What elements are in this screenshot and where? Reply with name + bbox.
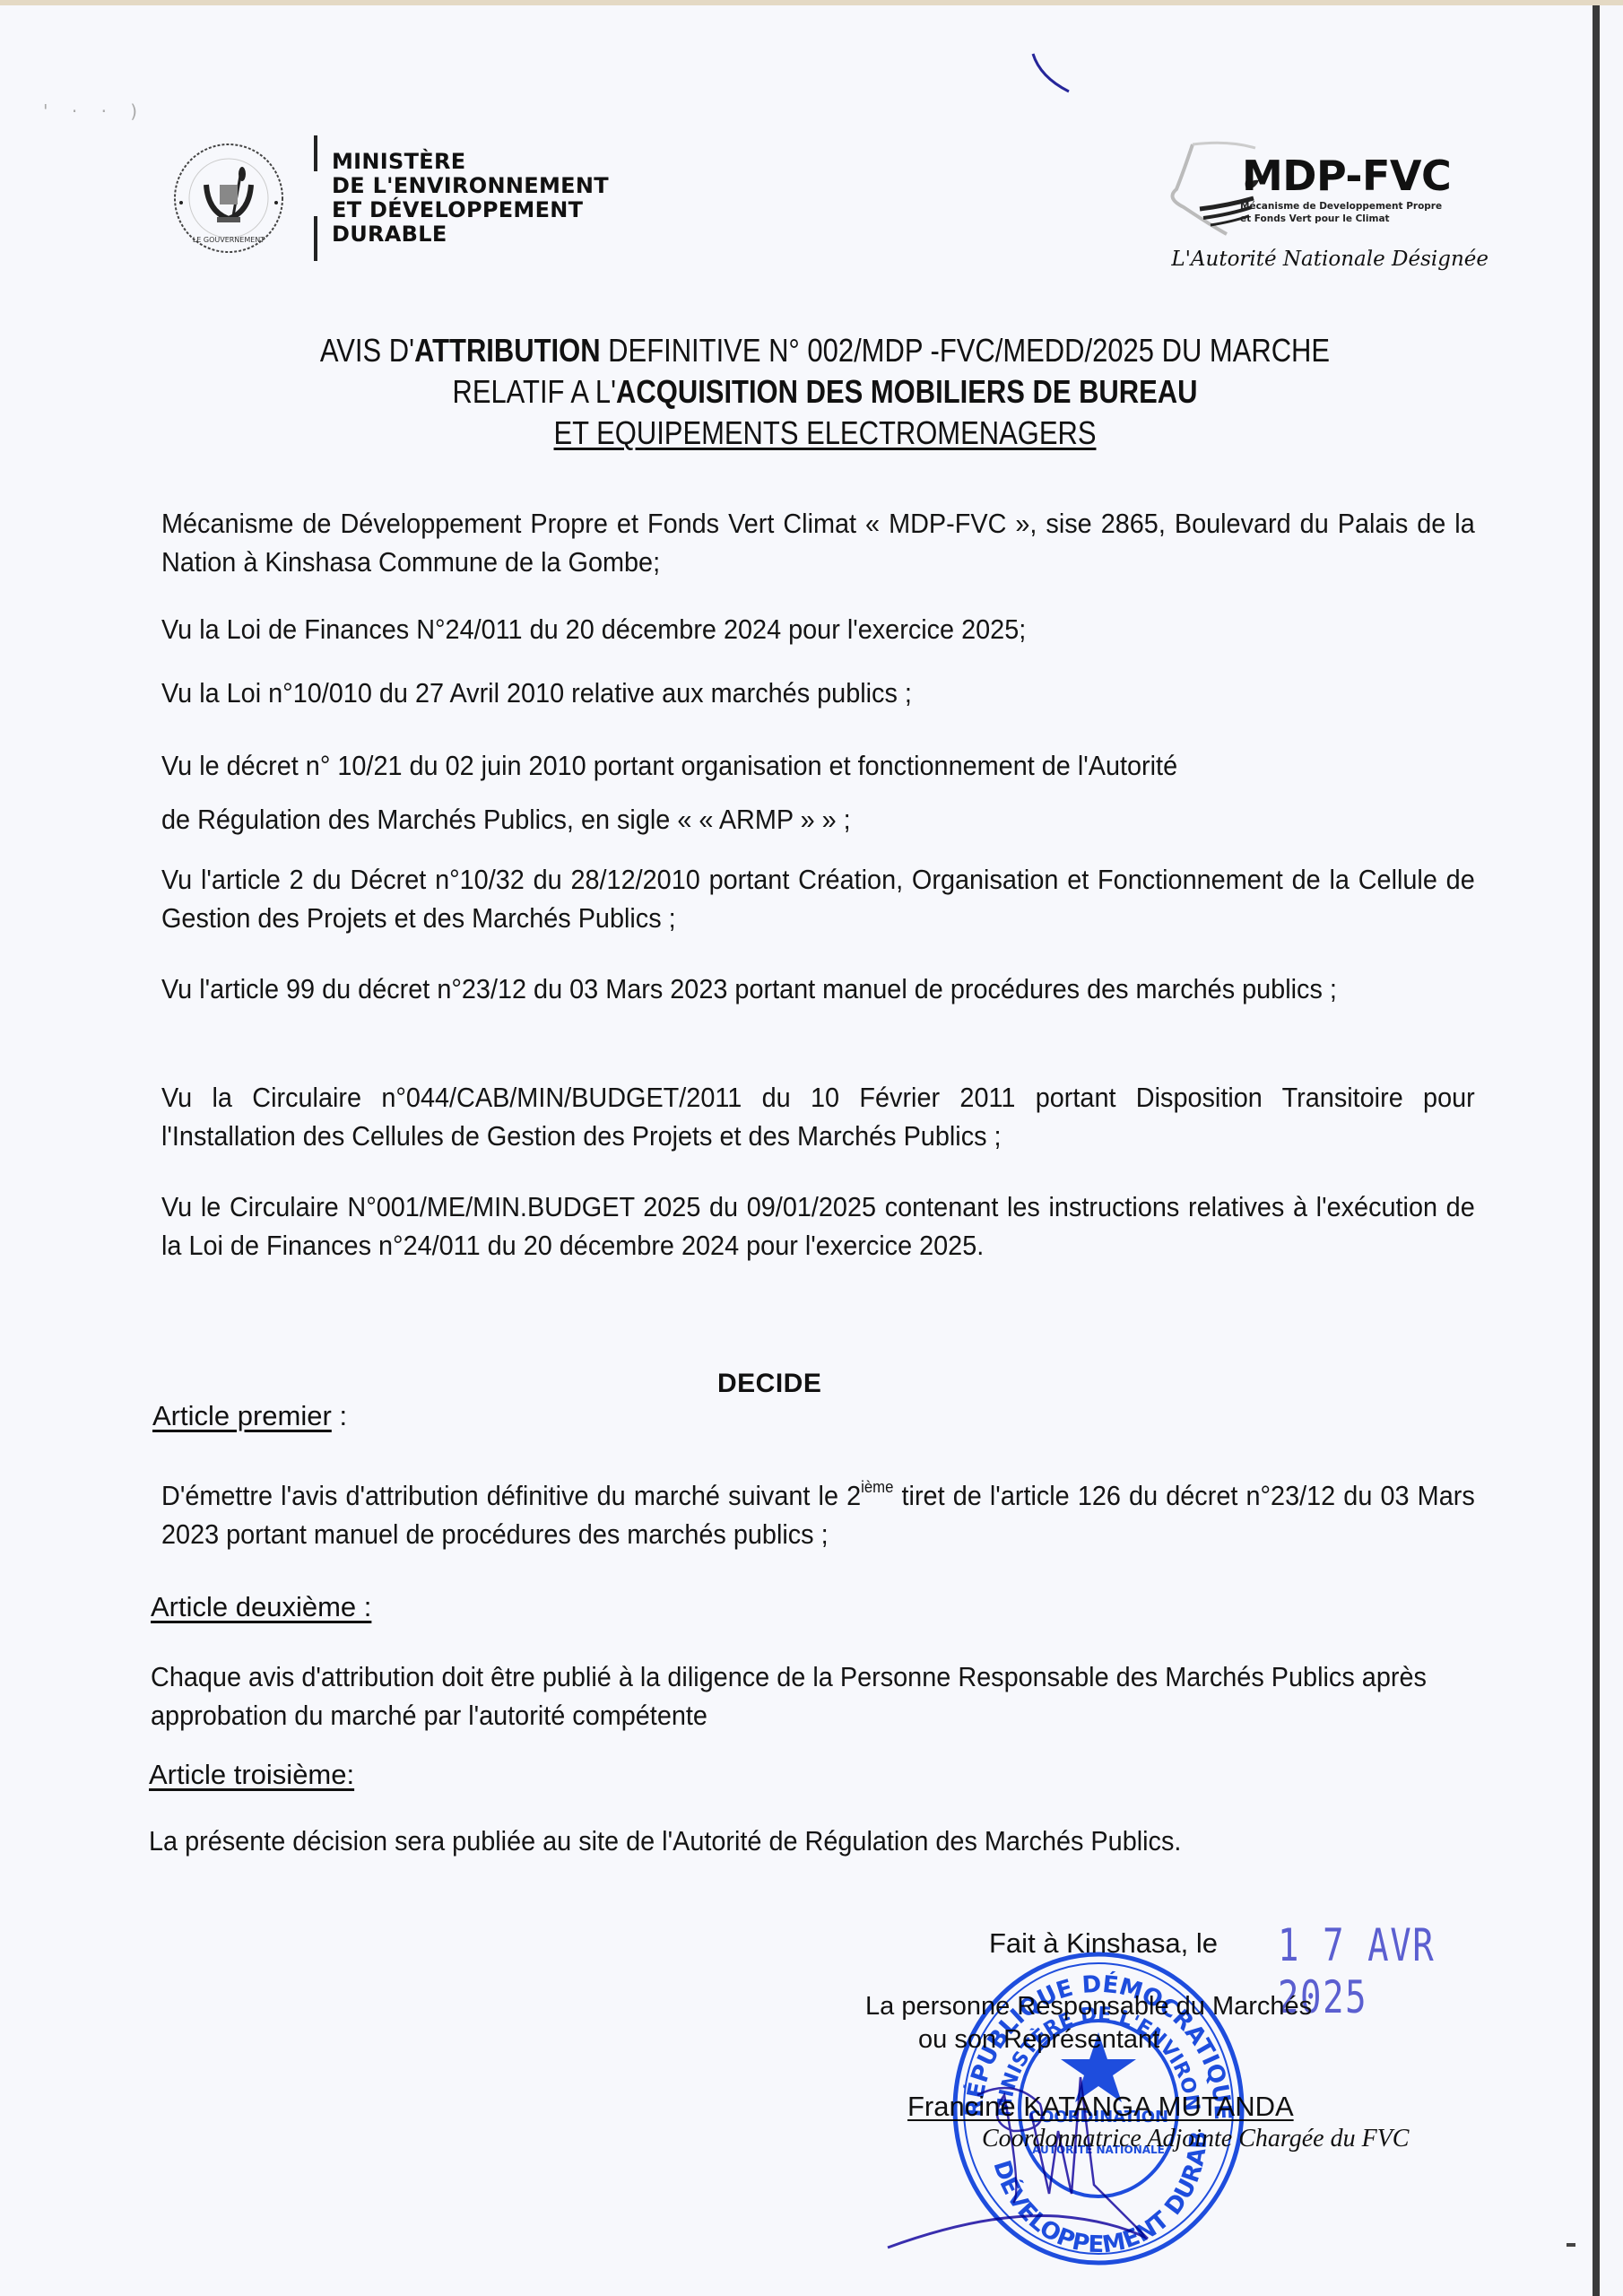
article-text: D'émettre l'avis d'attribution définitiv…: [161, 1480, 861, 1511]
article-body: Chaque avis d'attribution doit être publ…: [151, 1657, 1427, 1735]
title-text: DEFINITIVE N° 002/MDP -FVC/MEDD/2025 DU …: [601, 332, 1330, 369]
article-heading: Article troisième:: [149, 1759, 354, 1791]
scan-artifact-marks: ' · · ): [43, 100, 146, 122]
document-title: AVIS D'ATTRIBUTION DEFINITIVE N° 002/MDP…: [208, 330, 1442, 454]
agency-subtitle-line: Mécanisme de Developpement Propre: [1240, 200, 1442, 213]
article-heading-suffix: :: [332, 1400, 347, 1431]
date-stamp: 1 7 AVR 2025: [1278, 1919, 1523, 2023]
article-heading-text: Article premier: [152, 1400, 332, 1431]
preamble-paragraph: Vu l'article 99 du décret n°23/12 du 03 …: [161, 970, 1475, 1008]
agency-subtitle-line: et Fonds Vert pour le Climat: [1240, 213, 1442, 225]
article-body: La présente décision sera publiée au sit…: [149, 1822, 1483, 1860]
ministry-line: ET DÉVELOPPEMENT: [332, 198, 609, 222]
title-text: RELATIF A L': [452, 373, 616, 410]
article-body: D'émettre l'avis d'attribution définitiv…: [161, 1476, 1475, 1553]
preamble-paragraph: Vu le décret n° 10/21 du 02 juin 2010 po…: [161, 746, 1475, 785]
preamble-paragraph: Mécanisme de Développement Propre et Fon…: [161, 504, 1475, 581]
signatory-name: Francine KATANGA MUTANDA: [907, 2091, 1294, 2123]
preamble-paragraph: Vu le Circulaire N°001/ME/MIN.BUDGET 202…: [161, 1187, 1475, 1265]
article-heading: Article deuxième :: [151, 1591, 371, 1623]
ministry-line: DURABLE: [332, 222, 609, 247]
preamble-paragraph: Vu la Loi n°10/010 du 27 Avril 2010 rela…: [161, 674, 1475, 712]
pen-mark: [1031, 50, 1085, 95]
signatory-title: Coordonnatrice Adjointe Chargée du FVC: [982, 2125, 1409, 2153]
scan-artifact-mark: [1567, 2243, 1575, 2247]
superscript: ième: [861, 1478, 893, 1496]
ministry-header: LE GOUVERNEMENT MINISTÈRE DE L'ENVIRONNE…: [170, 135, 609, 261]
title-text-bold: ATTRIBUTION: [414, 332, 601, 369]
document-page: ' · · ) LE GOUVERNEMENT MINISTÈRE DE L'E…: [0, 5, 1600, 2296]
preamble-paragraph: Vu l'article 2 du Décret n°10/32 du 28/1…: [161, 860, 1475, 937]
article-heading: Article premier :: [152, 1400, 347, 1432]
agency-subtitle: Mécanisme de Developpement Propre et Fon…: [1240, 200, 1442, 225]
title-text-bold: ACQUISITION DES MOBILIERS DE BUREAU: [616, 373, 1197, 410]
preamble-paragraph: Vu la Circulaire n°044/CAB/MIN/BUDGET/20…: [161, 1078, 1475, 1155]
ministry-line: DE L'ENVIRONNEMENT: [332, 174, 609, 198]
signatory-role: La personne Responsable du Marchés: [865, 1992, 1312, 2022]
decide-heading: DECIDE: [717, 1369, 821, 1399]
preamble-paragraph: Vu la Loi de Finances N°24/011 du 20 déc…: [161, 610, 1475, 648]
agency-name: MDP-FVC: [1242, 152, 1451, 200]
agency-logo: MDP-FVC Mécanisme de Developpement Propr…: [1157, 135, 1497, 288]
agency-tagline: L'Autorité Nationale Désignée: [1157, 248, 1488, 271]
place-line: Fait à Kinshasa, le: [989, 1927, 1218, 1960]
ministry-line: MINISTÈRE: [332, 150, 609, 174]
ministry-name: MINISTÈRE DE L'ENVIRONNEMENT ET DÉVELOPP…: [332, 150, 609, 247]
article-heading-text: Article troisième:: [149, 1759, 354, 1790]
coat-of-arms-seal-icon: LE GOUVERNEMENT: [170, 140, 287, 257]
preamble-paragraph: de Régulation des Marchés Publics, en si…: [161, 800, 1475, 839]
divider: [314, 135, 317, 261]
article-heading-text: Article deuxième :: [151, 1591, 371, 1622]
title-text-underlined: ET EQUIPEMENTS ELECTROMENAGERS: [554, 414, 1097, 451]
title-text: AVIS D': [320, 332, 414, 369]
svg-text:LE GOUVERNEMENT: LE GOUVERNEMENT: [193, 236, 265, 244]
signatory-role: ou son Représentant: [918, 2025, 1159, 2055]
